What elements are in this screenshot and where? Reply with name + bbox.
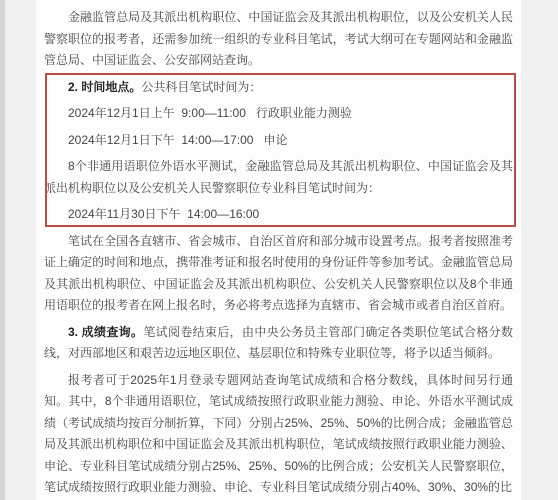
time-location-heading: 2. 时间地点。公共科目笔试时间为： <box>44 77 513 99</box>
page-left-edge <box>0 0 5 500</box>
schedule-line-afternoon: 2024年12月1日下午 14:00—17:00 申论 <box>44 130 513 152</box>
special-subject-time: 2024年11月30日下午 14:00—16:00 <box>44 204 513 226</box>
score-query-heading: 3. 成绩查询。笔试阅卷结束后，由中央公务员主管部门确定各类职位笔试合格分数线，… <box>44 322 513 365</box>
document-viewer: 金融监管总局及其派出机构职位、中国证监会及其派出机构职位，以及公安机关人民警察职… <box>0 0 558 500</box>
intro-paragraph: 金融监管总局及其派出机构职位、中国证监会及其派出机构职位，以及公安机关人民警察职… <box>44 7 513 72</box>
score-detail-paragraph: 报考者可于2025年1月登录专题网站查询笔试成绩和合格分数线，具体时间另行通知。… <box>44 370 513 499</box>
exam-location-paragraph: 笔试在全国各直辖市、省会城市、自治区首府和部分城市设置考点。报考者按照准考证上确… <box>44 231 513 317</box>
score-query-heading-number: 3. 成绩查询。 <box>68 325 143 339</box>
highlighted-section: 2. 时间地点。公共科目笔试时间为： 2024年12月1日上午 9:00—11:… <box>44 77 513 226</box>
time-location-heading-number: 2. 时间地点。 <box>68 80 141 94</box>
time-location-heading-text: 公共科目笔试时间为： <box>141 80 261 94</box>
schedule-line-morning: 2024年12月1日上午 9:00—11:00 行政职业能力测验 <box>44 103 513 125</box>
document-page: 金融监管总局及其派出机构职位、中国证监会及其派出机构职位，以及公安机关人民警察职… <box>36 0 521 500</box>
special-subject-paragraph: 8个非通用语职位外语水平测试，金融监管总局及其派出机构职位、中国证监会及其派出机… <box>44 156 513 199</box>
